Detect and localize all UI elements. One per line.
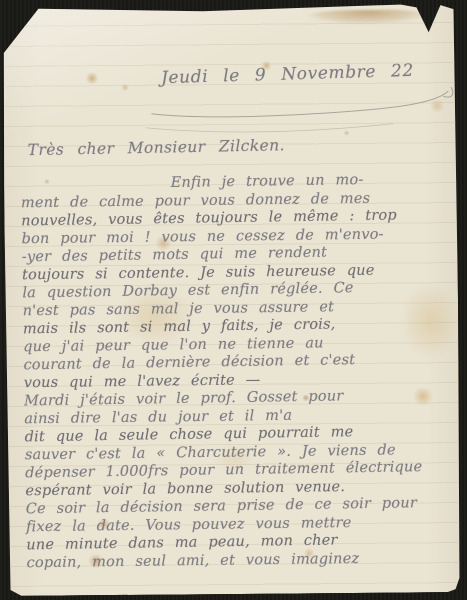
stain [85, 72, 99, 84]
stain [121, 84, 129, 91]
stain [307, 9, 427, 24]
salutation: Très cher Monsieur Zilcken. [28, 136, 286, 159]
stain [429, 99, 445, 112]
stain [344, 130, 350, 136]
letter-page: Jeudi le 9 Novembre 22 Très cher Monsieu… [2, 3, 464, 596]
date-line: Jeudi le 9 Novembre 22 [161, 61, 414, 88]
letter-body: Enfin je trouve un mo- ment de calme pou… [21, 170, 465, 573]
